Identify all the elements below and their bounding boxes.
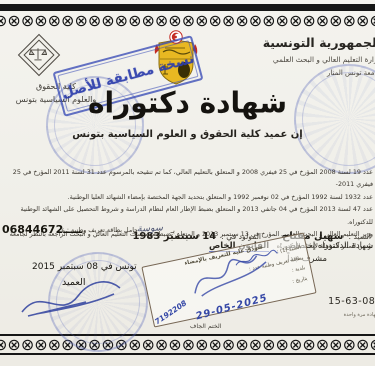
id-number: 06844672 [2, 223, 63, 236]
born-at-label: بـ [171, 226, 175, 235]
certificate-subtitle: إن عميد كلية الحقوق و العلوم السياسية بت… [0, 129, 375, 140]
dry-seal-label: الختم الجاف [190, 323, 221, 330]
ministry-title: وزارة التعليم العالي و البحث العلمي [263, 55, 375, 64]
dean-signature-icon [16, 276, 131, 324]
certificate-page: ⊗⊗⊗⊗⊗⊗⊗⊗⊗⊗⊗⊗⊗⊗⊗⊗⊗⊗⊗⊗⊗⊗⊗⊗⊗⊗⊗⊗⊗⊗⊗⊗⊗⊗ ⊗⊗⊗⊗⊗… [0, 0, 375, 366]
single-issue-note: تسلم هذه الشهادة مرة واحدة [344, 312, 375, 318]
bottom-border-bar-lower [0, 353, 375, 355]
issue-place-date: تونس في 08 سبتمبر 2015 [32, 262, 137, 272]
birth-place-handwritten: سوسة [137, 222, 163, 234]
university-title: جامعة تونس المنار [263, 69, 375, 77]
certificate-title: شهادة دكتوراه [0, 85, 375, 119]
id-dash: ـــــ [63, 223, 82, 236]
top-border-chain-pattern: ⊗⊗⊗⊗⊗⊗⊗⊗⊗⊗⊗⊗⊗⊗⊗⊗⊗⊗⊗⊗⊗⊗⊗⊗⊗⊗⊗⊗⊗⊗⊗⊗⊗⊗ [0, 12, 375, 29]
republic-title: الجمهورية التونسية [263, 35, 375, 50]
legal-line: عدد 19 لسنة 2008 المؤرخ في 25 فيفري 2008… [3, 166, 373, 191]
legal-line: عدد 1932 لسنة 1992 المؤرخ في 02 نوفمبر 1… [3, 191, 373, 203]
bottom-border-chain-pattern: ⊗⊗⊗⊗⊗⊗⊗⊗⊗⊗⊗⊗⊗⊗⊗⊗⊗⊗⊗⊗⊗⊗⊗⊗⊗⊗⊗⊗⊗⊗⊗⊗⊗⊗ [0, 336, 375, 353]
top-border-bar [0, 4, 375, 11]
header-right-block: الجمهورية التونسية وزارة التعليم العالي … [263, 35, 375, 77]
scales-of-justice-icon [29, 47, 47, 62]
recipient-fields-row: السيد : سهيل مفتاح المولود في : 14 سبتمب… [0, 222, 375, 238]
id-number-field: ـــــ06844672 [2, 223, 82, 236]
reference-number: 15-63-08: [328, 296, 375, 307]
